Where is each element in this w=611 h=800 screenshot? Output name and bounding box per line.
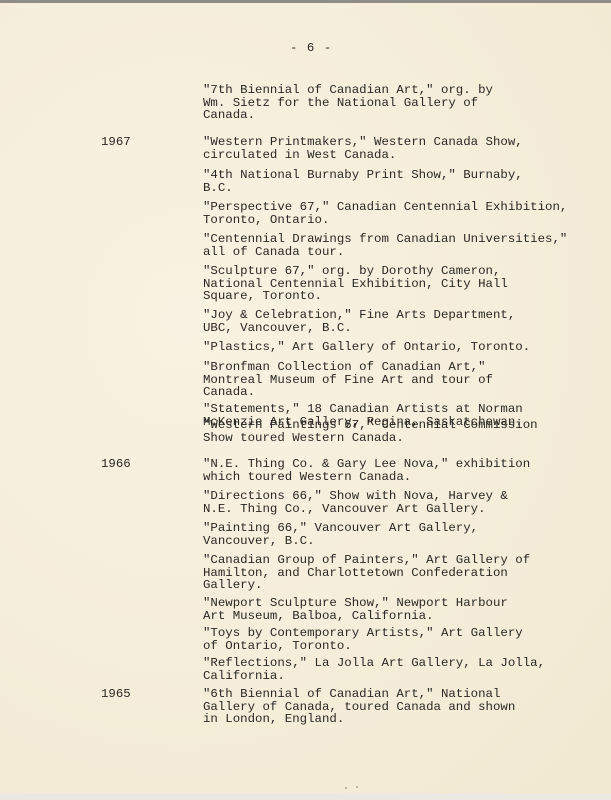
exhibition-entry: "Western Paintings 67," Centennial Commi…: [203, 419, 563, 444]
stray-mark: [345, 787, 347, 789]
exhibition-entry: "Perspective 67," Canadian Centennial Ex…: [203, 201, 563, 226]
exhibition-entry: "Western Printmakers," Western Canada Sh…: [203, 136, 563, 161]
document-page: - 6 - "7th Biennial of Canadian Art," or…: [0, 3, 611, 793]
exhibition-entry: "Reflections," La Jolla Art Gallery, La …: [203, 657, 563, 682]
exhibition-entry: "Canadian Group of Painters," Art Galler…: [203, 554, 563, 592]
exhibition-entry: "Plastics," Art Gallery of Ontario, Toro…: [203, 341, 563, 354]
exhibition-entry: "Toys by Contemporary Artists," Art Gall…: [203, 627, 563, 652]
year-label-1965: 1965: [101, 688, 131, 701]
exhibition-entry: "Bronfman Collection of Canadian Art," M…: [203, 361, 563, 399]
page-number: - 6 -: [290, 42, 332, 55]
exhibition-entry: "Sculpture 67," org. by Dorothy Cameron,…: [203, 265, 563, 303]
exhibition-entry: "Directions 66," Show with Nova, Harvey …: [203, 490, 563, 515]
exhibition-entry-continued: "7th Biennial of Canadian Art," org. by …: [203, 84, 563, 122]
exhibition-entry: "Joy & Celebration," Fine Arts Departmen…: [203, 309, 563, 334]
exhibition-entry: "6th Biennial of Canadian Art," National…: [203, 688, 563, 726]
stray-mark: [356, 786, 358, 788]
exhibition-entry: "4th National Burnaby Print Show," Burna…: [203, 169, 563, 194]
exhibition-entry: "Newport Sculpture Show," Newport Harbou…: [203, 597, 563, 622]
exhibition-entry: "Centennial Drawings from Canadian Unive…: [203, 233, 563, 258]
exhibition-entry: "N.E. Thing Co. & Gary Lee Nova," exhibi…: [203, 458, 563, 483]
exhibition-entry: "Painting 66," Vancouver Art Gallery, Va…: [203, 522, 563, 547]
year-label-1966: 1966: [101, 458, 131, 471]
year-label-1967: 1967: [101, 136, 131, 149]
